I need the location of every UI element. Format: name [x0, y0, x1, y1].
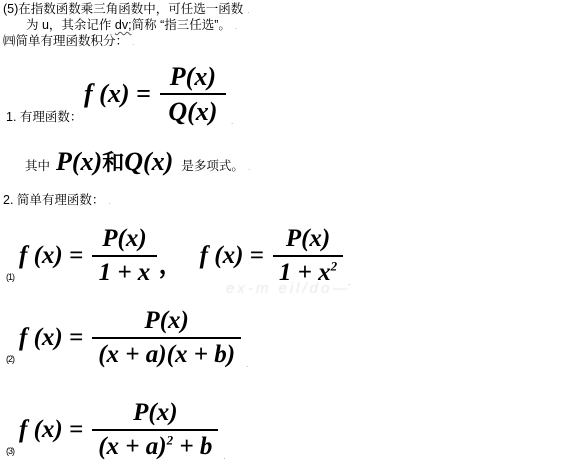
formula-1-tag: (1) [6, 272, 14, 282]
paragraph-mark: . [132, 37, 135, 47]
fraction: P(x) (x + a)(x + b) [92, 307, 241, 369]
fraction-numerator: P(x) [92, 225, 156, 255]
paragraph-line-1: (5)在指数函数乘三角函数中，可任选一函数. [3, 2, 250, 18]
watermark: ex-m eil/do— [226, 280, 350, 297]
fraction: P(x) (x + a)2 + b [92, 399, 218, 461]
line1-text: (5)在指数函数乘三角函数中，可任选一函数 [3, 2, 243, 16]
fraction-denominator: (x + a)2 + b [92, 429, 218, 461]
formula-rational-function: f (x) = P(x) Q(x) . [84, 62, 233, 126]
fraction-denominator: (x + a)(x + b) [92, 337, 241, 369]
line2-post-text: 简称 “指三任选”。 [132, 18, 231, 32]
denominator-tail: + b [173, 433, 212, 460]
denominator-base: 1 + x [99, 259, 151, 286]
line2-spellcheck-word: dv; [115, 18, 132, 32]
fraction-denominator: Q(x) [160, 93, 226, 126]
paragraph-mark: . [247, 5, 250, 15]
fraction-numerator: P(x) [160, 62, 226, 93]
denominator-base: (x + a)(x + b) [98, 341, 235, 368]
fraction-numerator: P(x) [92, 307, 241, 337]
paragraph-line-3: ㈣简单有理函数积分：. [3, 34, 135, 50]
denominator-base: (x + a) [98, 433, 166, 460]
formula-row-2: (2) f (x) = P(x) (x + a)(x + b) . [6, 307, 248, 369]
fraction-numerator: P(x) [92, 399, 218, 429]
fraction: P(x) Q(x) [160, 62, 226, 126]
line2-pre-text: 为 u，其余记作 [26, 18, 115, 32]
formula-3-lhs: f (x) = [19, 416, 83, 444]
paragraph-mark: . [246, 359, 248, 369]
section1-label: 1. 有理函数： [6, 110, 82, 125]
paragraph-line-2: 为 u，其余记作 dv;简称 “指三任选”。. [26, 18, 237, 34]
polynote-pre: 其中 [25, 159, 50, 174]
formula-2-lhs: f (x) = [19, 324, 83, 352]
document-page: { "para": { "line1": "(5)在指数函数乘三角函数中，可任选… [0, 0, 577, 473]
section2-label-text: 2. 简单有理函数： [3, 193, 104, 207]
paragraph-mark: . [223, 451, 225, 461]
paragraph-mark: . [108, 196, 111, 206]
polynote-conjunction: 和 [102, 146, 124, 177]
paragraph-mark: . [231, 116, 233, 126]
fraction-denominator: 1 + x [92, 255, 156, 287]
fraction-numerator: P(x) [273, 225, 343, 255]
fraction: P(x) 1 + x [92, 225, 156, 287]
polynomial-note: 其中 P(x) 和 Q(x) 是多项式。 . [25, 146, 250, 177]
section2-label: 2. 简单有理函数：. [3, 193, 111, 209]
paragraph-mark: . [248, 162, 251, 172]
line3-text: ㈣简单有理函数积分： [3, 34, 128, 48]
formula-2-tag: (2) [6, 354, 14, 364]
formula-row-1: (1) f (x) = P(x) 1 + x ， f (x) = P(x) 1 … [6, 225, 350, 287]
paragraph-mark: . [235, 21, 238, 31]
formula-1b-lhs: f (x) = [200, 242, 264, 270]
fraction: P(x) 1 + x2 [273, 225, 343, 287]
denominator-exponent: 2 [331, 259, 338, 274]
formula-lhs: f (x) = [84, 79, 151, 109]
formula-row-3: (3) f (x) = P(x) (x + a)2 + b . [6, 399, 226, 461]
polynote-post: 是多项式。 [181, 159, 244, 174]
polynote-p: P(x) [56, 147, 102, 177]
formula-1a-lhs: f (x) = [19, 242, 83, 270]
formula-3-tag: (3) [6, 446, 14, 456]
polynote-q: Q(x) [124, 147, 173, 177]
formula-separator-comma: ， [159, 245, 184, 281]
